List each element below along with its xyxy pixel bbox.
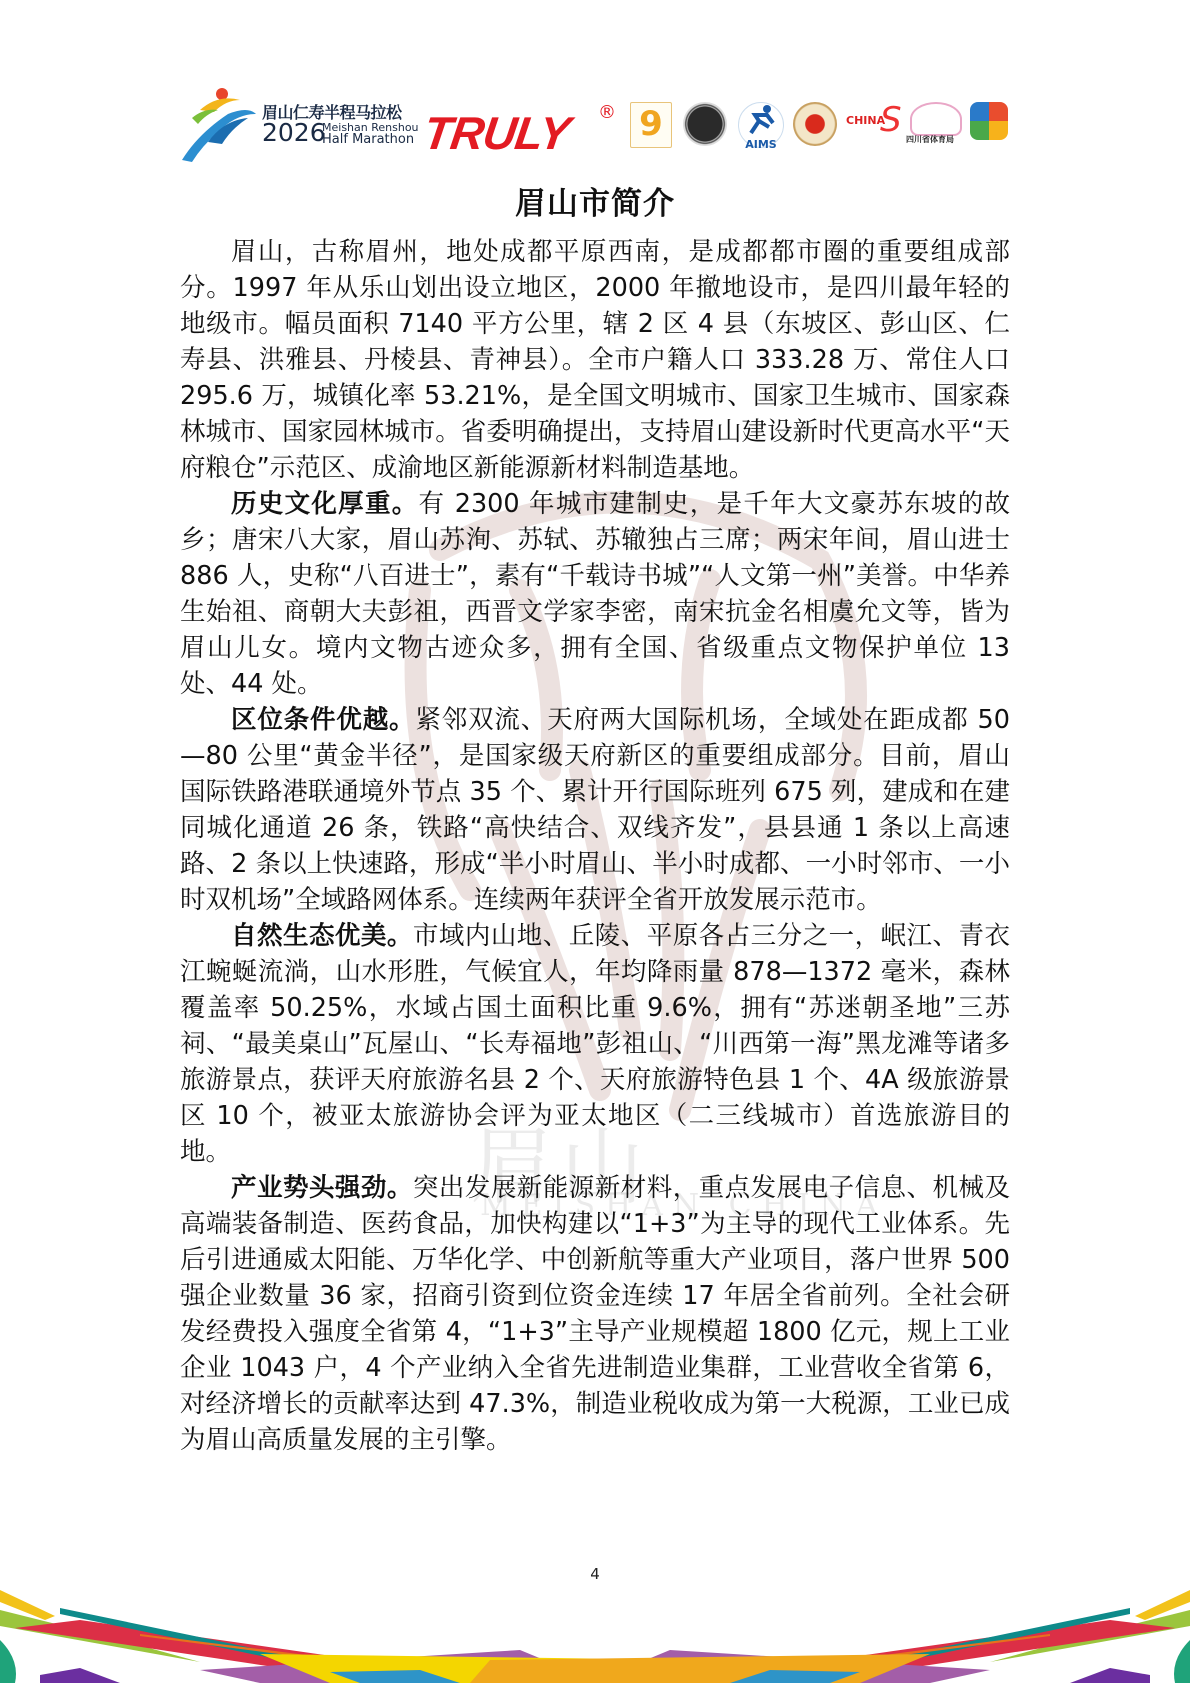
paragraph-ecology: 自然生态优美。市域内山地、丘陵、平原各占三分之一，岷江、青衣江蜿蜒流淌，山水形胜…	[180, 918, 1010, 1170]
chinese-athletics-association-icon	[793, 102, 837, 146]
sponsor-truly-logo: TRULY	[420, 106, 572, 160]
paragraph-intro: 眉山，古称眉州，地处成都平原西南，是成都都市圈的重要组成部分。1997 年从乐山…	[180, 234, 1010, 486]
sichuan-sports-bureau-label: 四川省体育局	[906, 134, 954, 145]
sichuan-sports-logo-icon	[970, 102, 1008, 140]
runner-s-icon: S	[880, 100, 902, 140]
paragraph-lead: 产业势头强劲。	[231, 1173, 413, 1203]
paragraph-text: 突出发展新能源新材料，重点发展电子信息、机械及高端装备制造、医药食品，加快构建以…	[180, 1173, 1010, 1455]
registered-mark: ®	[598, 102, 616, 123]
paragraph-lead: 区位条件优越。	[231, 705, 415, 735]
header-logo-bar: 眉山仁寿半程马拉松 2026 Meishan Renshou Half Mara…	[178, 84, 1018, 166]
document-body: 眉山，古称眉州，地处成都平原西南，是成都都市圈的重要组成部分。1997 年从乐山…	[180, 234, 1010, 1458]
paragraph-text: 有 2300 年城市建制史，是千年大文豪苏东坡的故乡；唐宋八大家，眉山苏洵、苏轼…	[180, 489, 1010, 699]
ninth-edition-badge-icon: 9	[630, 102, 672, 148]
paragraph-text: 眉山，古称眉州，地处成都平原西南，是成都都市圈的重要组成部分。1997 年从乐山…	[180, 237, 1010, 483]
event-logo: 眉山仁寿半程马拉松 2026 Meishan Renshou Half Mara…	[178, 84, 418, 164]
footer-ribbon-decoration-icon	[0, 1580, 1190, 1683]
page-title: 眉山市简介	[0, 178, 1190, 223]
event-name-en: Meishan Renshou Half Marathon	[322, 122, 419, 146]
runner-swoosh-icon	[178, 84, 262, 164]
china-marathon-logo-icon: CHINA S	[846, 102, 900, 146]
aims-logo-icon: AIMS	[738, 102, 784, 148]
paragraph-history: 历史文化厚重。有 2300 年城市建制史，是千年大文豪苏东坡的故乡；唐宋八大家，…	[180, 486, 1010, 702]
paragraph-text: 市域内山地、丘陵、平原各占三分之一，岷江、青衣江蜿蜒流淌，山水形胜，气候宜人，年…	[180, 921, 1010, 1167]
sichuan-sports-bureau-icon	[910, 102, 962, 136]
paragraph-lead: 自然生态优美。	[231, 921, 413, 951]
paragraph-lead: 历史文化厚重。	[231, 489, 419, 519]
paragraph-industry: 产业势头强劲。突出发展新能源新材料，重点发展电子信息、机械及高端装备制造、医药食…	[180, 1170, 1010, 1458]
event-year: 2026	[262, 120, 326, 146]
runner-icon	[739, 103, 783, 137]
world-athletics-platinum-label-icon	[683, 102, 727, 146]
aims-label: AIMS	[739, 138, 783, 151]
paragraph-location: 区位条件优越。紧邻双流、天府两大国际机场，全域处在距成都 50—80 公里“黄金…	[180, 702, 1010, 918]
event-name-en-line2: Half Marathon	[322, 134, 419, 146]
paragraph-text: 紧邻双流、天府两大国际机场，全域处在距成都 50—80 公里“黄金半径”，是国家…	[180, 705, 1010, 915]
badge-label: 9	[639, 104, 663, 144]
